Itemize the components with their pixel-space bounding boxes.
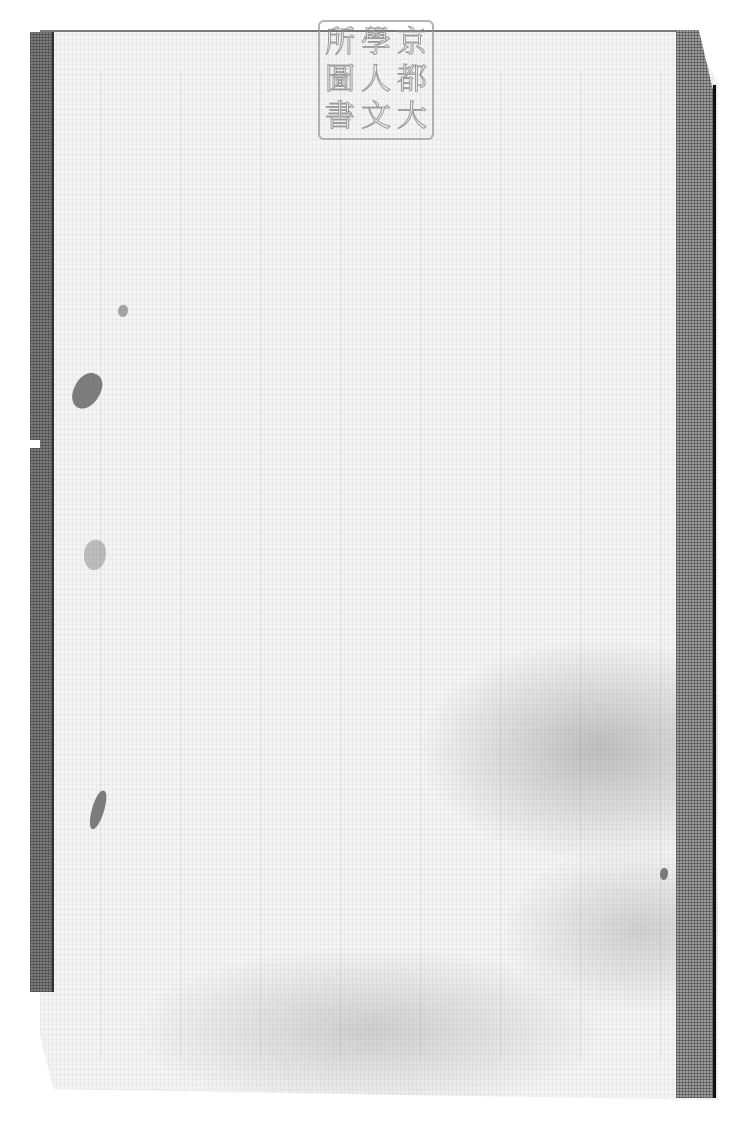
column-ruling [580, 70, 581, 1060]
column-ruling [420, 70, 421, 1060]
left-spine-band [30, 32, 54, 992]
seal-character: 人 [361, 62, 391, 98]
seal-character: 京 [397, 25, 427, 61]
seal-column: 所 圖 書 [325, 24, 355, 136]
column-ruling [260, 70, 261, 1060]
collector-seal: 京 都 大 學 人 文 所 圖 書 [318, 20, 434, 140]
column-ruling [660, 70, 661, 1060]
spine-notch [30, 440, 40, 448]
column-ruling [180, 70, 181, 1060]
book-page [40, 30, 718, 1100]
seal-column: 京 都 大 [397, 24, 427, 136]
seal-character: 所 [325, 25, 355, 61]
seal-character: 大 [397, 99, 427, 135]
seal-character: 學 [361, 25, 391, 61]
seal-character: 書 [325, 99, 355, 135]
seal-character: 都 [397, 62, 427, 98]
column-ruling [340, 70, 341, 1060]
seal-column: 學 人 文 [361, 24, 391, 136]
column-ruling [500, 70, 501, 1060]
seal-character: 文 [361, 99, 391, 135]
seal-character: 圖 [325, 62, 355, 98]
right-margin-band [676, 30, 714, 1098]
right-page-edge [713, 85, 716, 1098]
